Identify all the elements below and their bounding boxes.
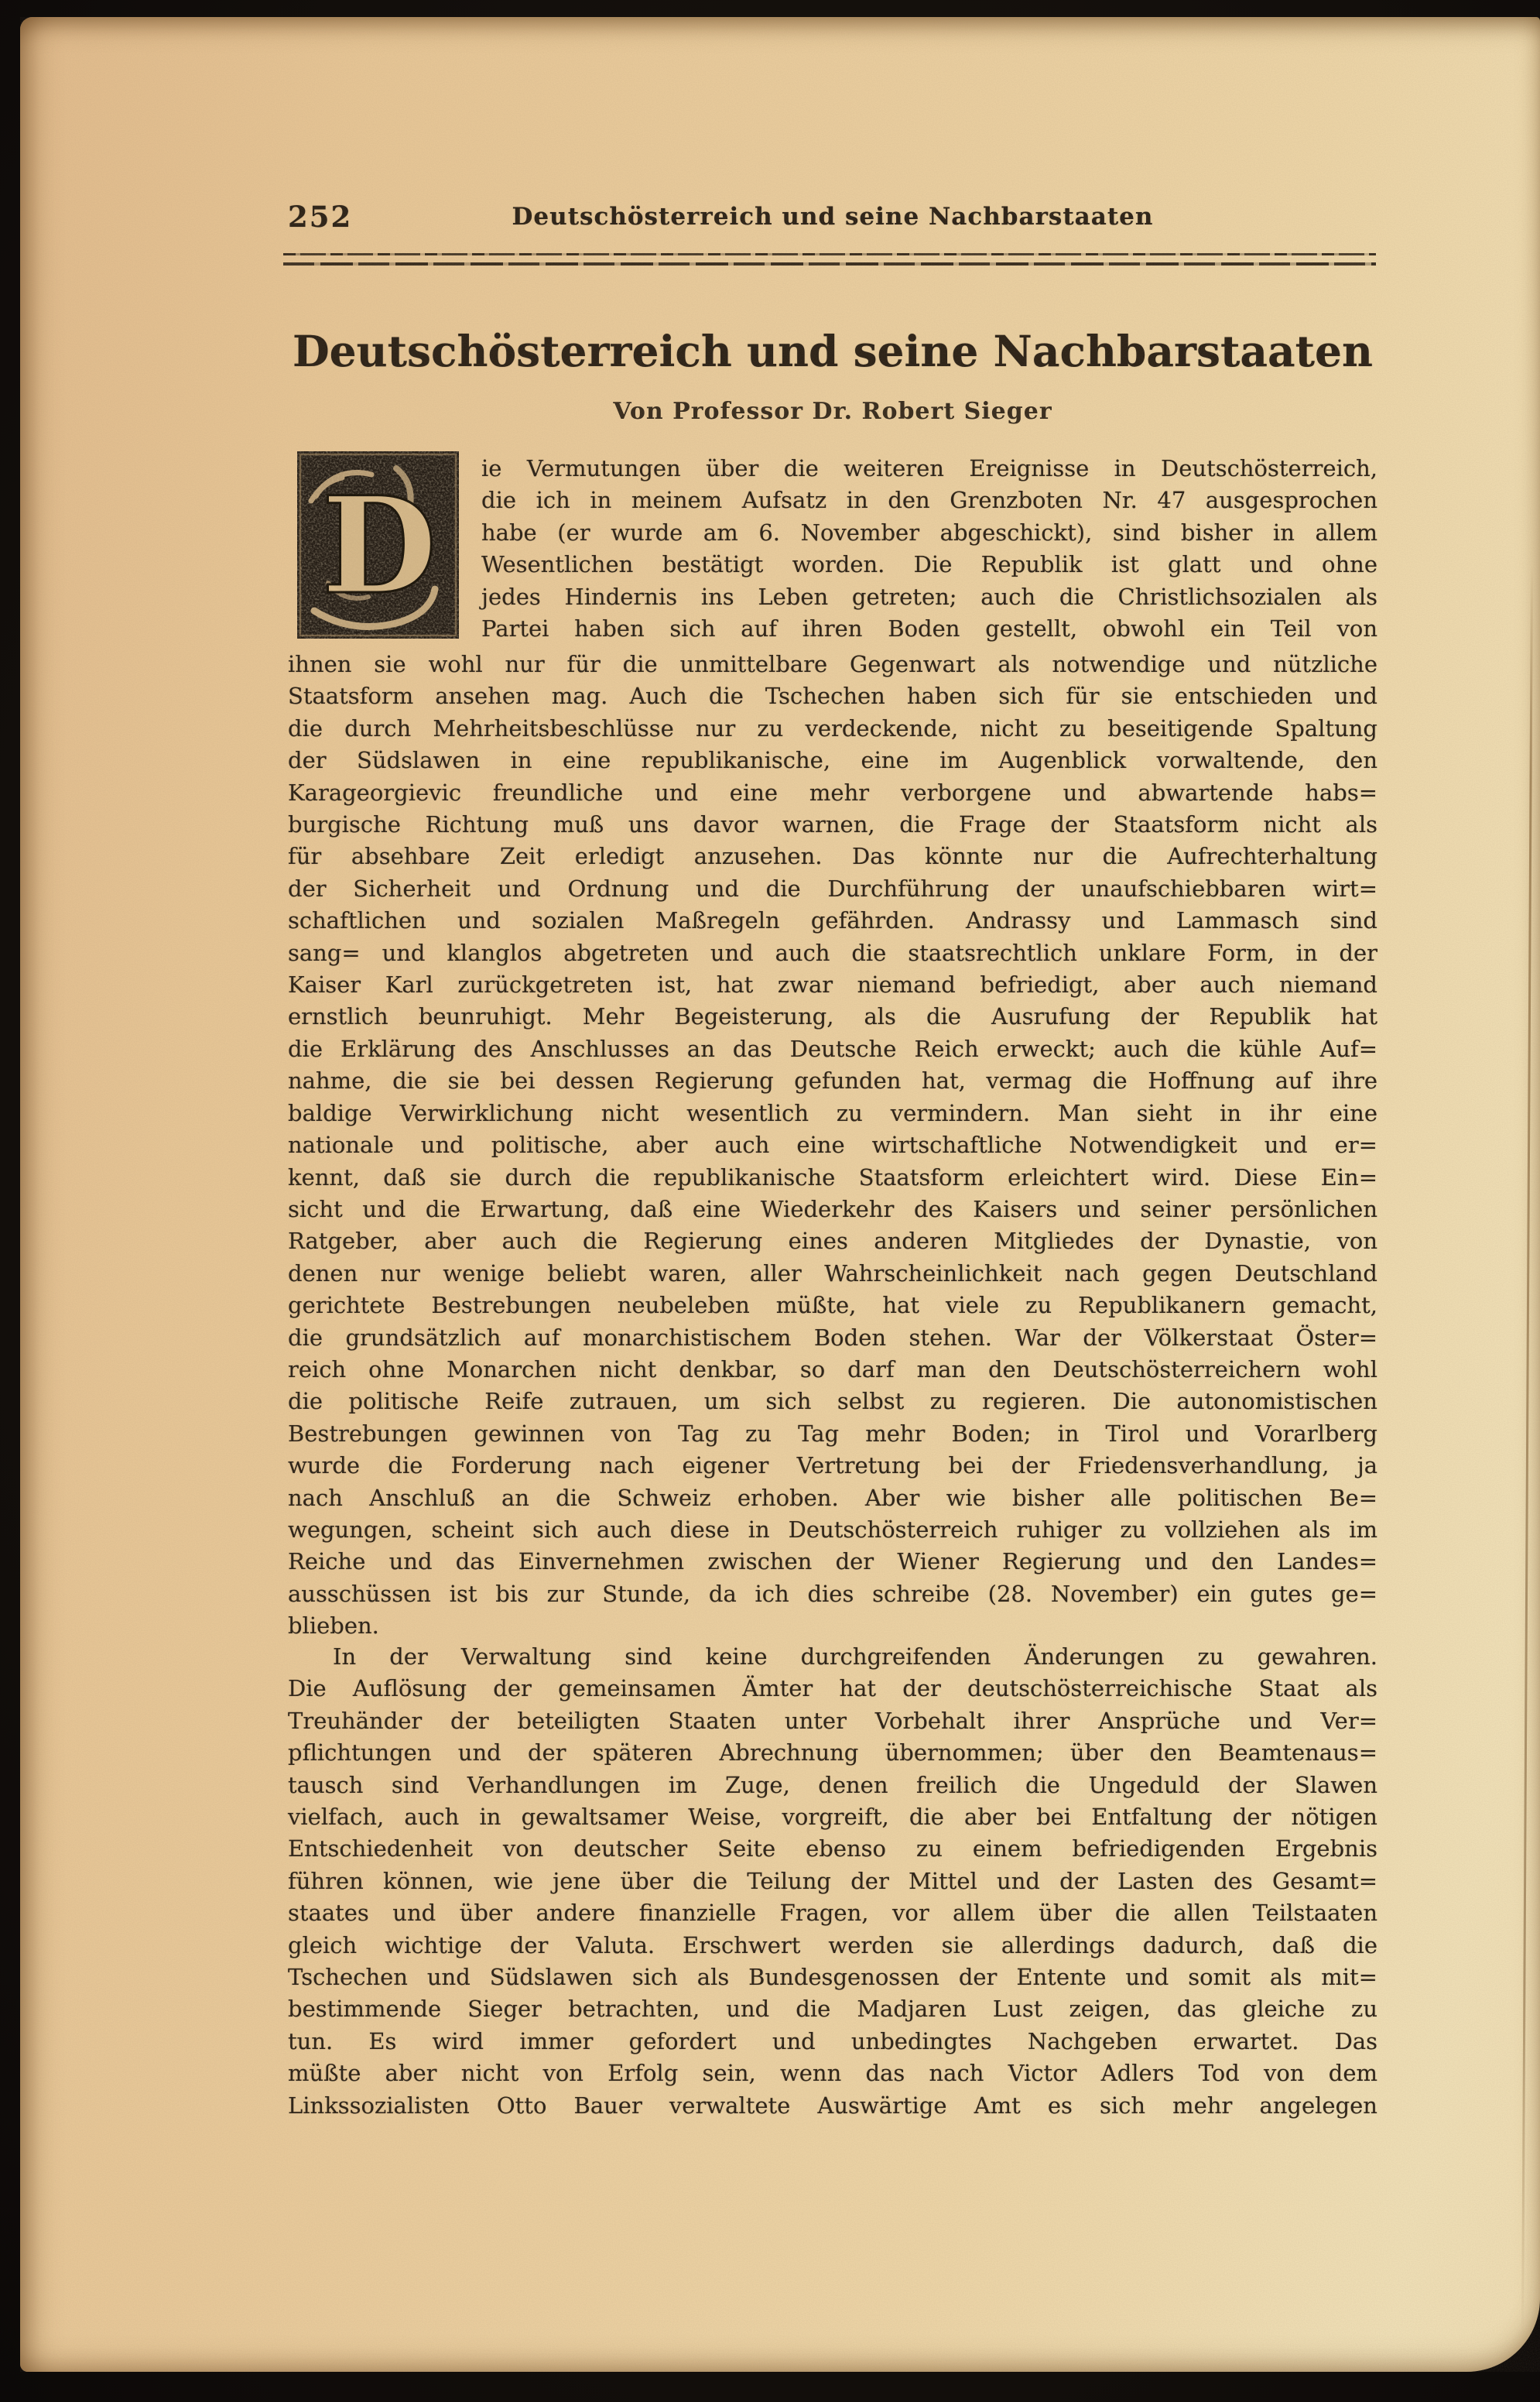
text-line: wegungen, scheint sich auch diese in Deu… [288, 1514, 1377, 1546]
paragraph1-last-line: blieben. [288, 1610, 1377, 1642]
text-line: sang= und klanglos abgetreten und auch d… [288, 937, 1377, 969]
book-photo: 252 Deutschösterreich und seine Nachbars… [0, 0, 1540, 2402]
text-line: reich ohne Monarchen nicht denkbar, so d… [288, 1354, 1377, 1386]
text-line: tausch sind Verhandlungen im Zuge, denen… [288, 1770, 1377, 1801]
text-line: pflichtungen und der späteren Abrechnung… [288, 1737, 1377, 1769]
text-line: die Erklärung des Anschlusses an das Deu… [288, 1033, 1377, 1065]
text-line: ie Vermutungen über die weiteren Ereigni… [481, 453, 1377, 485]
text-line: Treuhänder der beteiligten Staaten unter… [288, 1705, 1377, 1737]
header-rule-bottom [283, 262, 1376, 266]
text-line: der Sicherheit und Ordnung und die Durch… [288, 873, 1377, 905]
dropcap-initial-woodcut: D [297, 451, 459, 639]
article-byline: Von Professor Dr. Robert Sieger [288, 398, 1377, 425]
text-line: nach Anschluß an die Schweiz erhoben. Ab… [288, 1482, 1377, 1514]
text-line: Staatsform ansehen mag. Auch die Tschech… [288, 680, 1377, 712]
header-rule-top [283, 253, 1376, 255]
text-line: ihnen sie wohl nur für die unmittelbare … [288, 649, 1377, 680]
paragraph2-body: In der Verwaltung sind keine durchgreife… [288, 1641, 1377, 2122]
text-line: habe (er wurde am 6. November abgeschick… [481, 517, 1377, 549]
text-line: wurde die Forderung nach eigener Vertret… [288, 1450, 1377, 1482]
text-line: ernstlich beunruhigt. Mehr Begeisterung,… [288, 1001, 1377, 1033]
text-line: die ich in meinem Aufsatz in den Grenzbo… [481, 485, 1377, 516]
text-line: kennt, daß sie durch die republikanische… [288, 1162, 1377, 1194]
text-line: die politische Reife zutrauen, um sich s… [288, 1386, 1377, 1417]
text-line: führen können, wie jene über die Teilung… [288, 1866, 1377, 1897]
text-line: Die Auflösung der gemeinsamen Ämter hat … [288, 1673, 1377, 1705]
text-line: Tschechen und Südslawen sich als Bundesg… [288, 1962, 1377, 1993]
text-line: Karageorgievic freundliche und eine mehr… [288, 777, 1377, 809]
text-line: Bestrebungen gewinnen von Tag zu Tag meh… [288, 1418, 1377, 1450]
text-line: sicht und die Erwartung, daß eine Wieder… [288, 1194, 1377, 1225]
text-line: für absehbare Zeit erledigt anzusehen. D… [288, 841, 1377, 872]
text-line: Ratgeber, aber auch die Regierung eines … [288, 1225, 1377, 1257]
text-line: burgische Richtung muß uns davor warnen,… [288, 809, 1377, 841]
running-title: Deutschösterreich und seine Nachbarstaat… [288, 203, 1377, 231]
dropcap-ornament-icon: D [297, 451, 459, 639]
text-line: jedes Hindernis ins Leben getreten; auch… [481, 581, 1377, 613]
text-line: In der Verwaltung sind keine durchgreife… [288, 1641, 1377, 1673]
text-line: die grundsätzlich auf monarchistischem B… [288, 1322, 1377, 1354]
text-line: denen nur wenige beliebt waren, aller Wa… [288, 1258, 1377, 1290]
text-line: Partei haben sich auf ihren Boden gestel… [481, 613, 1377, 645]
text-line: nationale und politische, aber auch eine… [288, 1129, 1377, 1161]
dropcap-letter: D [321, 467, 436, 624]
text-line: schaftlichen und sozialen Maßregeln gefä… [288, 905, 1377, 937]
text-line: der Südslawen in eine republikanische, e… [288, 745, 1377, 776]
text-line: Entschiedenheit von deutscher Seite eben… [288, 1833, 1377, 1865]
text-line: die durch Mehrheitsbeschlüsse nur zu ver… [288, 713, 1377, 745]
text-line: bestimmende Sieger betrachten, und die M… [288, 1993, 1377, 2025]
text-line: müßte aber nicht von Erfolg sein, wenn d… [288, 2058, 1377, 2089]
text-line: Reiche und das Einvernehmen zwischen der… [288, 1546, 1377, 1578]
text-line: ausschüssen ist bis zur Stunde, da ich d… [288, 1578, 1377, 1610]
text-line: tun. Es wird immer gefordert und unbedin… [288, 2026, 1377, 2058]
paragraph1-beside-dropcap: ie Vermutungen über die weiteren Ereigni… [481, 453, 1377, 645]
text-line: baldige Verwirklichung nicht wesentlich … [288, 1098, 1377, 1129]
paragraph1-body: ihnen sie wohl nur für die unmittelbare … [288, 649, 1377, 1610]
text-line: nahme, die sie bei dessen Regierung gefu… [288, 1065, 1377, 1097]
text-line: gleich wichtige der Valuta. Erschwert we… [288, 1930, 1377, 1962]
text-line: Wesentlichen bestätigt worden. Die Repub… [481, 549, 1377, 581]
text-line: staates und über andere finanzielle Frag… [288, 1897, 1377, 1929]
text-line: vielfach, auch in gewaltsamer Weise, vor… [288, 1801, 1377, 1833]
text-line: Linkssozialisten Otto Bauer verwaltete A… [288, 2090, 1377, 2122]
text-line: Kaiser Karl zurückgetreten ist, hat zwar… [288, 969, 1377, 1001]
article-title: Deutschösterreich und seine Nachbarstaat… [255, 328, 1410, 375]
text-line: gerichtete Bestrebungen neubeleben müßte… [288, 1290, 1377, 1321]
